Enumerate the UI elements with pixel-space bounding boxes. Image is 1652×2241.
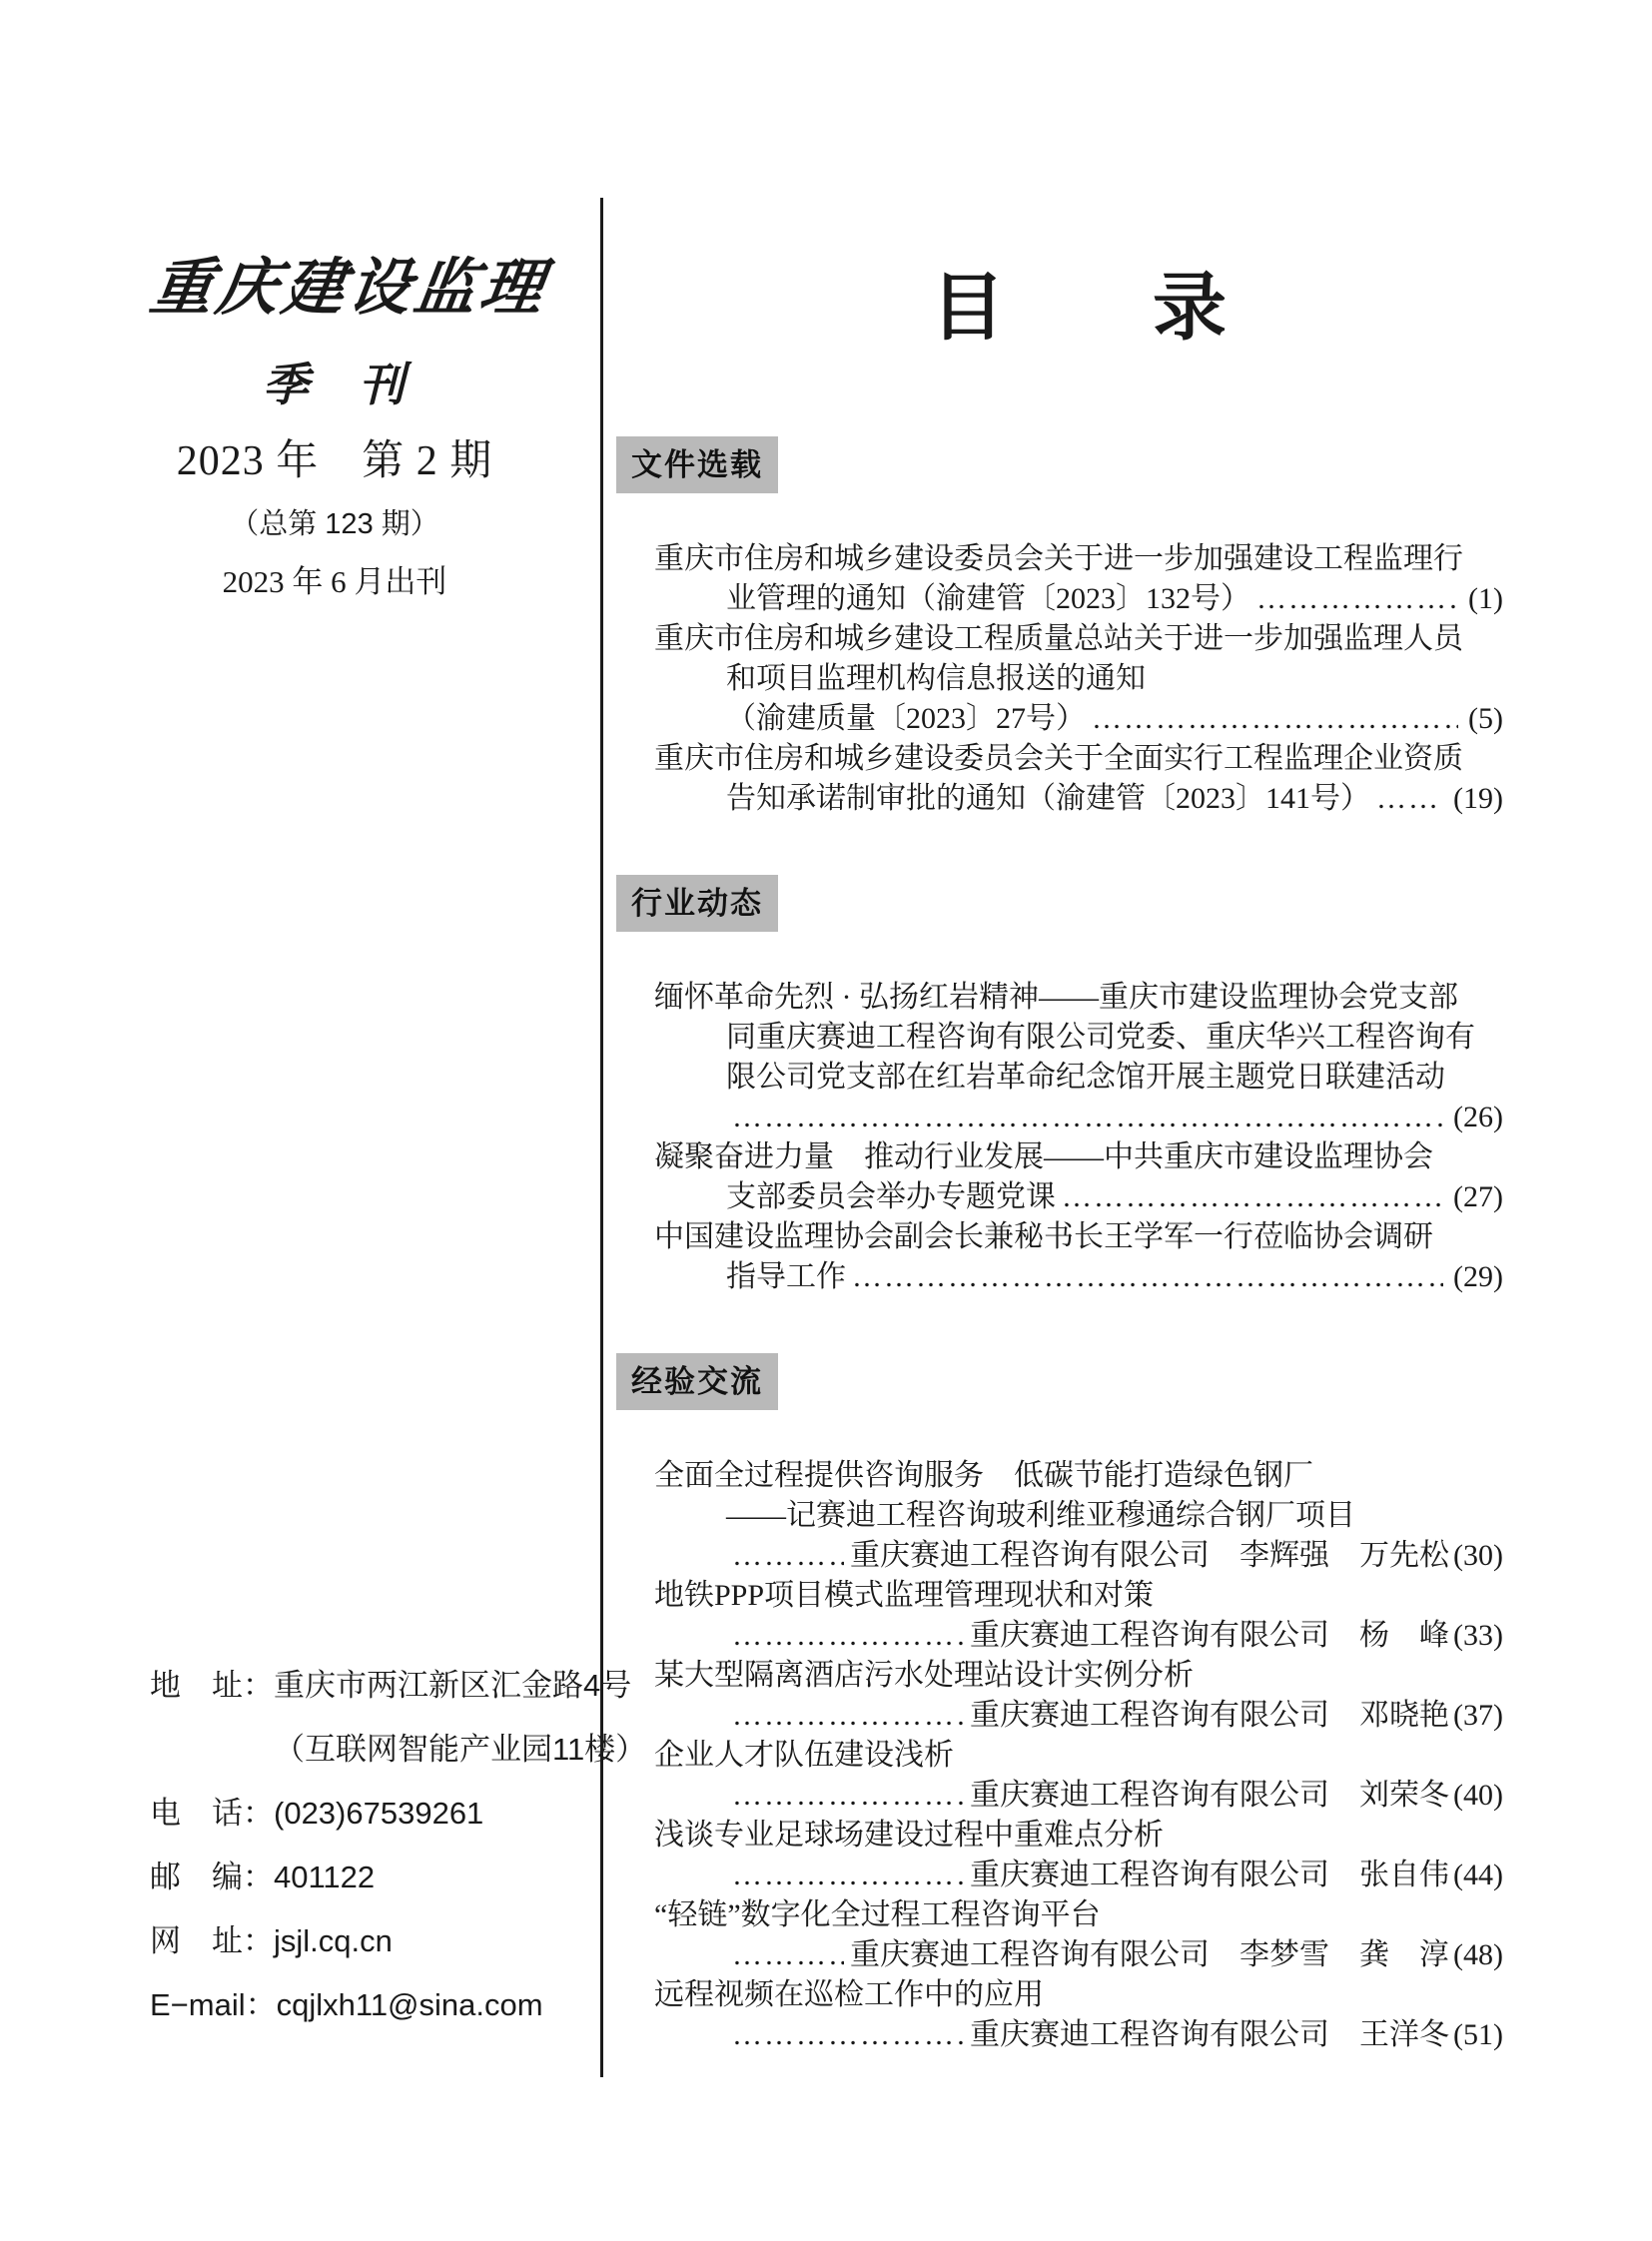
toc-section: 经验交流 全面全过程提供咨询服务 低碳节能打造绿色钢厂——记赛迪工程咨询玻利维亚… (654, 1297, 1503, 2055)
page-number: (1) (1468, 579, 1503, 619)
dotted-leader (732, 1696, 964, 1736)
toc-entry-line: 某大型隔离酒店污水处理站设计实例分析 (654, 1656, 1503, 1696)
entry-authors: 重庆赛迪工程咨询有限公司 王洋冬 (970, 2015, 1449, 2055)
dotted-leader (732, 1776, 964, 1816)
toc-title: 目 录 (654, 262, 1503, 357)
section-article-list: 全面全过程提供咨询服务 低碳节能打造绿色钢厂——记赛迪工程咨询玻利维亚穆通综合钢… (654, 1456, 1503, 2055)
toc-entry-line: 支部委员会举办专题党课(27) (654, 1177, 1503, 1217)
dotted-leader (732, 2015, 964, 2055)
contact-value: (023)67539261 (274, 1794, 483, 1834)
contact-block: 地 址： 重庆市两江新区汇金路4号 （互联网智能产业园11楼） 电 话： (02… (150, 1666, 589, 2049)
entry-authors: 重庆赛迪工程咨询有限公司 邓晓艳 (970, 1696, 1449, 1736)
toc-entry-line: 同重庆赛迪工程咨询有限公司党委、重庆华兴工程咨询有 (654, 1018, 1503, 1058)
contact-value: cqjlxh11@sina.com (277, 1985, 543, 2025)
toc-entry-line: 全面全过程提供咨询服务 低碳节能打造绿色钢厂 (654, 1456, 1503, 1496)
entry-title: 支部委员会举办专题党课 (726, 1177, 1056, 1217)
toc-entry-line: 重庆赛迪工程咨询有限公司 王洋冬(51) (654, 2015, 1503, 2055)
toc-entry-line: 重庆赛迪工程咨询有限公司 邓晓艳(37) (654, 1696, 1503, 1736)
toc-entry-line: （渝建质量〔2023〕27号）(5) (654, 699, 1503, 739)
entry-title: “轻链”数字化全过程工程咨询平台 (654, 1895, 1101, 1935)
entry-title: 中国建设监理协会副会长兼秘书长王学军一行莅临协会调研 (654, 1217, 1433, 1257)
toc-entry-line: 重庆赛迪工程咨询有限公司 刘荣冬(40) (654, 1776, 1503, 1816)
toc-entry-line: ——记赛迪工程咨询玻利维亚穆通综合钢厂项目 (654, 1496, 1503, 1536)
contact-label: E−mail： (150, 1985, 277, 2025)
toc-entry-line: 限公司党支部在红岩革命纪念馆开展主题党日联建活动 (654, 1058, 1503, 1098)
toc-entry-line: 企业人才队伍建设浅析 (654, 1736, 1503, 1776)
entry-title: 地铁PPP项目模式监理管理现状和对策 (654, 1576, 1154, 1616)
entry-title: 告知承诺制审批的通知（渝建管〔2023〕141号） (726, 779, 1370, 819)
page-number: (26) (1453, 1098, 1503, 1137)
toc-entry-line: 远程视频在巡检工作中的应用 (654, 1975, 1503, 2015)
contact-row: 地 址： 重庆市两江新区汇金路4号 (150, 1666, 589, 1706)
contact-value: 重庆市两江新区汇金路4号 (274, 1666, 631, 1706)
toc-entry-line: 重庆赛迪工程咨询有限公司 李辉强 万先松(30) (654, 1536, 1503, 1576)
page-number: (40) (1453, 1776, 1503, 1816)
section-header-badge: 文件选载 (616, 436, 778, 493)
entry-title: 企业人才队伍建设浅析 (654, 1736, 954, 1776)
journal-subtitle: 季 刊 (100, 349, 569, 414)
entry-title: 全面全过程提供咨询服务 低碳节能打造绿色钢厂 (654, 1456, 1313, 1496)
page-number: (51) (1453, 2015, 1503, 2055)
entry-authors: 重庆赛迪工程咨询有限公司 李梦雪 龚 淳 (850, 1935, 1449, 1975)
contact-row: 电 话： (023)67539261 (150, 1794, 589, 1834)
entry-title: （渝建质量〔2023〕27号） (726, 699, 1086, 739)
entry-title: 浅谈专业足球场建设过程中重难点分析 (654, 1816, 1164, 1856)
toc-entry-line: 指导工作(29) (654, 1257, 1503, 1297)
dotted-leader (1092, 699, 1458, 739)
contact-value: 401122 (274, 1858, 375, 1897)
page-number: (29) (1453, 1257, 1503, 1297)
entry-title: 指导工作 (726, 1257, 846, 1297)
contact-label: 邮 编： (150, 1858, 274, 1897)
entry-title: 和项目监理机构信息报送的通知 (726, 659, 1146, 699)
entry-title: 远程视频在巡检工作中的应用 (654, 1975, 1044, 2015)
contact-row: 网 址： jsjl.cq.cn (150, 1921, 589, 1961)
toc-sections: 文件选载 重庆市住房和城乡建设委员会关于进一步加强建设工程监理行业管理的通知（渝… (654, 357, 1503, 2055)
section-article-list: 缅怀革命先烈 · 弘扬红岩精神——重庆市建设监理协会党支部同重庆赛迪工程咨询有限… (654, 978, 1503, 1297)
toc-entry-line: (26) (654, 1098, 1503, 1137)
entry-title: 限公司党支部在红岩革命纪念馆开展主题党日联建活动 (726, 1058, 1445, 1098)
issue-info: 2023 年 第 2 期 （总第 123 期） 2023 年 6 月出刊 (100, 427, 569, 601)
contact-label: 电 话： (150, 1794, 274, 1834)
column-divider (600, 198, 603, 2077)
page-number: (48) (1453, 1935, 1503, 1975)
toc-column: 目 录 文件选载 重庆市住房和城乡建设委员会关于进一步加强建设工程监理行业管理的… (654, 262, 1503, 2055)
contact-row: （互联网智能产业园11楼） (150, 1730, 589, 1770)
toc-section: 行业动态 缅怀革命先烈 · 弘扬红岩精神——重庆市建设监理协会党支部同重庆赛迪工… (654, 819, 1503, 1297)
dotted-leader (732, 1856, 964, 1895)
entry-title: 重庆市住房和城乡建设工程质量总站关于进一步加强监理人员 (654, 619, 1463, 659)
entry-title: 重庆市住房和城乡建设委员会关于全面实行工程监理企业资质 (654, 739, 1463, 779)
section-header-badge: 行业动态 (616, 875, 778, 932)
dotted-leader (852, 1257, 1443, 1297)
contact-label (150, 1730, 274, 1770)
page-number: (33) (1453, 1616, 1503, 1656)
toc-entry-line: 和项目监理机构信息报送的通知 (654, 659, 1503, 699)
section-article-list: 重庆市住房和城乡建设委员会关于进一步加强建设工程监理行业管理的通知（渝建管〔20… (654, 539, 1503, 819)
journal-logo-calligraphy: 重庆建设监理 (94, 238, 576, 327)
dotted-leader (732, 1098, 1443, 1137)
entry-authors: 重庆赛迪工程咨询有限公司 杨 峰 (970, 1616, 1449, 1656)
section-header-badge: 经验交流 (616, 1353, 778, 1410)
contact-value: （互联网智能产业园11楼） (274, 1730, 646, 1770)
dotted-leader (1256, 579, 1458, 619)
entry-title: 重庆市住房和城乡建设委员会关于进一步加强建设工程监理行 (654, 539, 1463, 579)
toc-entry-line: 中国建设监理协会副会长兼秘书长王学军一行莅临协会调研 (654, 1217, 1503, 1257)
dotted-leader (1376, 779, 1443, 819)
contact-value: jsjl.cq.cn (274, 1921, 393, 1961)
page-number: (19) (1453, 779, 1503, 819)
dotted-leader (732, 1536, 844, 1576)
publish-date-line: 2023 年 6 月出刊 (100, 556, 569, 601)
toc-entry-line: 告知承诺制审批的通知（渝建管〔2023〕141号）(19) (654, 779, 1503, 819)
entry-title: 业管理的通知（渝建管〔2023〕132号） (726, 579, 1250, 619)
entry-title: 凝聚奋进力量 推动行业发展——中共重庆市建设监理协会 (654, 1137, 1433, 1177)
toc-entry-line: 重庆市住房和城乡建设工程质量总站关于进一步加强监理人员 (654, 619, 1503, 659)
contact-row: 邮 编： 401122 (150, 1858, 589, 1897)
page-number: (5) (1468, 699, 1503, 739)
toc-entry-line: 重庆赛迪工程咨询有限公司 杨 峰(33) (654, 1616, 1503, 1656)
cumulative-issue-line: （总第 123 期） (100, 501, 569, 542)
dotted-leader (732, 1935, 844, 1975)
toc-section: 文件选载 重庆市住房和城乡建设委员会关于进一步加强建设工程监理行业管理的通知（渝… (654, 357, 1503, 819)
page-number: (37) (1453, 1696, 1503, 1736)
toc-entry-line: 业管理的通知（渝建管〔2023〕132号）(1) (654, 579, 1503, 619)
dotted-leader (732, 1616, 964, 1656)
entry-title: 某大型隔离酒店污水处理站设计实例分析 (654, 1656, 1194, 1696)
page-number: (30) (1453, 1536, 1503, 1576)
entry-authors: 重庆赛迪工程咨询有限公司 张自伟 (970, 1856, 1449, 1895)
entry-title: 同重庆赛迪工程咨询有限公司党委、重庆华兴工程咨询有 (726, 1018, 1475, 1058)
page-number: (44) (1453, 1856, 1503, 1895)
contact-label: 地 址： (150, 1666, 274, 1706)
entry-title: 缅怀革命先烈 · 弘扬红岩精神——重庆市建设监理协会党支部 (654, 978, 1458, 1018)
issue-number-line: 2023 年 第 2 期 (100, 427, 569, 487)
entry-authors: 重庆赛迪工程咨询有限公司 李辉强 万先松 (850, 1536, 1449, 1576)
toc-entry-line: 浅谈专业足球场建设过程中重难点分析 (654, 1816, 1503, 1856)
toc-entry-line: 重庆赛迪工程咨询有限公司 李梦雪 龚 淳(48) (654, 1935, 1503, 1975)
toc-entry-line: 重庆市住房和城乡建设委员会关于进一步加强建设工程监理行 (654, 539, 1503, 579)
toc-entry-line: “轻链”数字化全过程工程咨询平台 (654, 1895, 1503, 1935)
contact-label: 网 址： (150, 1921, 274, 1961)
entry-title: ——记赛迪工程咨询玻利维亚穆通综合钢厂项目 (726, 1496, 1355, 1536)
entry-authors: 重庆赛迪工程咨询有限公司 刘荣冬 (970, 1776, 1449, 1816)
toc-entry-line: 重庆赛迪工程咨询有限公司 张自伟(44) (654, 1856, 1503, 1895)
journal-toc-page: 重庆建设监理 季 刊 2023 年 第 2 期 （总第 123 期） 2023 … (0, 0, 1652, 2241)
masthead: 重庆建设监理 季 刊 (100, 238, 569, 414)
toc-entry-line: 凝聚奋进力量 推动行业发展——中共重庆市建设监理协会 (654, 1137, 1503, 1177)
page-number: (27) (1453, 1177, 1503, 1217)
toc-entry-line: 缅怀革命先烈 · 弘扬红岩精神——重庆市建设监理协会党支部 (654, 978, 1503, 1018)
toc-entry-line: 重庆市住房和城乡建设委员会关于全面实行工程监理企业资质 (654, 739, 1503, 779)
toc-entry-line: 地铁PPP项目模式监理管理现状和对策 (654, 1576, 1503, 1616)
contact-row: E−mail： cqjlxh11@sina.com (150, 1985, 589, 2025)
dotted-leader (1062, 1177, 1443, 1217)
